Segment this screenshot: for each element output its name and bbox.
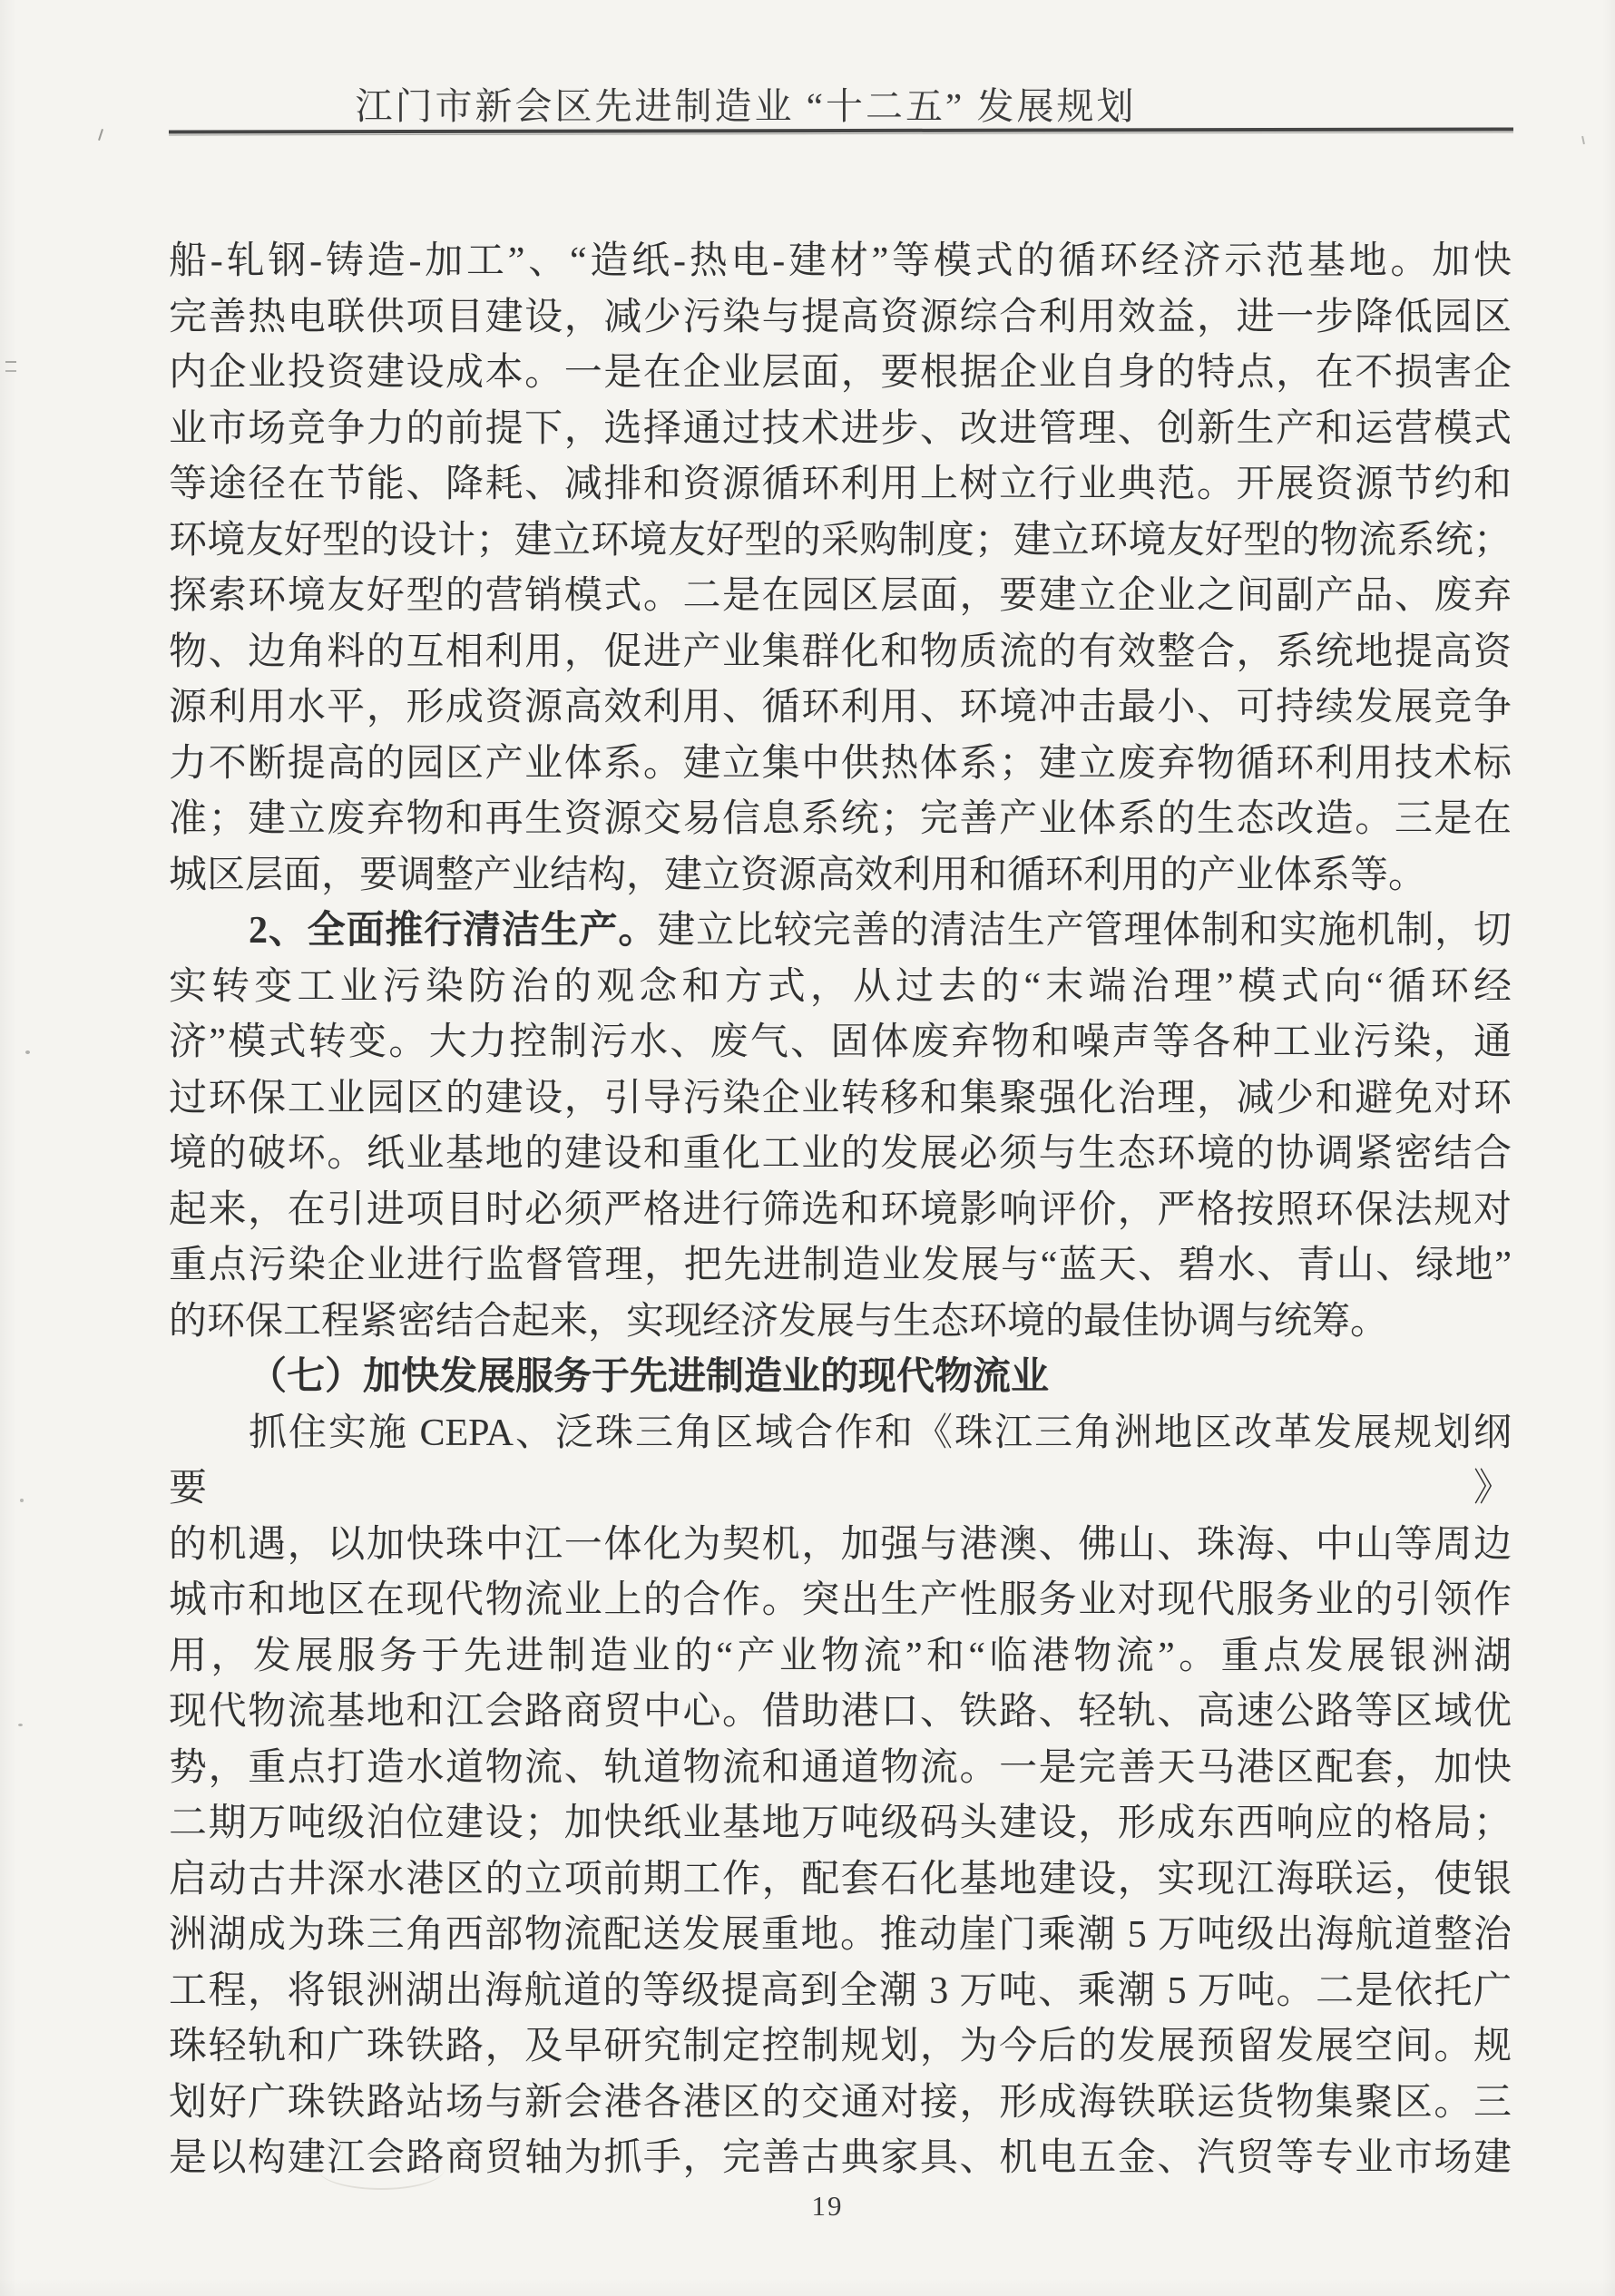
text-line: 完善热电联供项目建设，减少污染与提高资源综合利用效益，进一步降低园区 <box>169 290 1512 347</box>
text-line: 启动古井深水港区的立项前期工作，配套石化基地建设，实现江海联运，使银 <box>169 1852 1512 1909</box>
text-line: 境的破坏。纸业基地的建设和重化工业的发展必须与生态环境的协调紧密结合 <box>169 1127 1512 1183</box>
text-line: 珠轻轨和广珠铁路，及早研究制定控制规划，为今后的发展预留发展空间。规 <box>169 2019 1512 2076</box>
text-line: 业市场竞争力的前提下，选择通过技术进步、改进管理、创新生产和运营模式 <box>169 402 1512 458</box>
document-body: 船-轧钢-铸造-加工”、“造纸-热电-建材”等模式的循环经济示范基地。加快 完善… <box>169 234 1512 2187</box>
text-line: 过环保工业园区的建设，引导污染企业转移和集聚强化治理，减少和避免对环 <box>169 1071 1512 1128</box>
text-line: 济”模式转变。大力控制污水、废气、固体废弃物和噪声等各种工业污染，通 <box>169 1015 1512 1071</box>
text-line: 2、全面推行清洁生产。建立比较完善的清洁生产管理体制和实施机制，切 <box>169 904 1512 960</box>
text-line: 抓住实施 CEPA、泛珠三角区域合作和《珠江三角洲地区改革发展规划纲要》 <box>169 1406 1512 1518</box>
text-line: 城市和地区在现代物流业上的合作。突出生产性服务业对现代服务业的引领作 <box>169 1573 1512 1629</box>
text-line: 起来，在引进项目时必须严格进行筛选和环境影响评价，严格按照环保法规对 <box>169 1183 1512 1239</box>
text-line: 环境友好型的设计；建立环境友好型的采购制度；建立环境友好型的物流系统； <box>169 513 1512 570</box>
text-line: 等途径在节能、降耗、减排和资源循环利用上树立行业典范。开展资源节约和 <box>169 457 1512 513</box>
text-line: 准；建立废弃物和再生资源交易信息系统；完善产业体系的生态改造。三是在 <box>169 792 1512 848</box>
text-line: 是以构建江会路商贸轴为抓手，完善古典家具、机电五金、汽贸等专业市场建 <box>169 2131 1512 2187</box>
line-text: 建立比较完善的清洁生产管理体制和实施机制，切 <box>657 910 1512 952</box>
text-line: 力不断提高的园区产业体系。建立集中供热体系；建立废弃物循环利用技术标 <box>169 737 1512 793</box>
text-line: 势，重点打造水道物流、轨道物流和通道物流。一是完善天马港区配套，加快 <box>169 1741 1512 1797</box>
text-line: 的机遇，以加快珠中江一体化为契机，加强与港澳、佛山、珠海、中山等周边 <box>169 1518 1512 1574</box>
text-line: 用，发展服务于先进制造业的“产业物流”和“临港物流”。重点发展银洲湖 <box>169 1629 1512 1685</box>
text-line: 实转变工业污染防治的观念和方式，从过去的“末端治理”模式向“循环经 <box>169 960 1512 1016</box>
text-line: 划好广珠铁路站场与新会港各港区的交通对接，形成海铁联运货物集聚区。三 <box>169 2076 1512 2132</box>
text-line: 洲湖成为珠三角西部物流配送发展重地。推动崖门乘潮 5 万吨级出海航道整治 <box>169 1908 1512 1964</box>
text-line: 二期万吨级泊位建设；加快纸业基地万吨级码头建设，形成东西响应的格局； <box>169 1796 1512 1852</box>
text-line: 源利用水平，形成资源高效利用、循环利用、环境冲击最小、可持续发展竞争 <box>169 680 1512 737</box>
subsection-title: 2、全面推行清洁生产。 <box>249 910 657 952</box>
text-line: 工程，将银洲湖出海航道的等级提高到全潮 3 万吨、乘潮 5 万吨。二是依托广 <box>169 1964 1512 2020</box>
page-number: 19 <box>20 2190 1615 2223</box>
section-heading: （七）加快发展服务于先进制造业的现代物流业 <box>169 1350 1512 1406</box>
text-line: 探索环境友好型的营销模式。二是在园区层面，要建立企业之间副产品、废弃 <box>169 569 1512 625</box>
text-line: 内企业投资建设成本。一是在企业层面，要根据企业自身的特点，在不损害企 <box>169 346 1512 402</box>
text-line: 物、边角料的互相利用，促进产业集群化和物质流的有效整合，系统地提高资 <box>169 625 1512 681</box>
text-line: 重点污染企业进行监督管理，把先进制造业发展与“蓝天、碧水、青山、绿地” <box>169 1238 1512 1295</box>
text-line: 城区层面，要调整产业结构，建立资源高效利用和循环利用的产业体系等。 <box>169 848 1512 904</box>
text-line: 的环保工程紧密结合起来，实现经济发展与生态环境的最佳协调与统筹。 <box>169 1295 1512 1351</box>
section-heading-text: （七）加快发展服务于先进制造业的现代物流业 <box>249 1356 1049 1398</box>
document-header-title: 江门市新会区先进制造业 “十二五” 发展规划 <box>0 76 1553 130</box>
text-line: 船-轧钢-铸造-加工”、“造纸-热电-建材”等模式的循环经济示范基地。加快 <box>169 234 1512 290</box>
text-line: 现代物流基地和江会路商贸中心。借助港口、铁路、轻轨、高速公路等区域优 <box>169 1685 1512 1741</box>
